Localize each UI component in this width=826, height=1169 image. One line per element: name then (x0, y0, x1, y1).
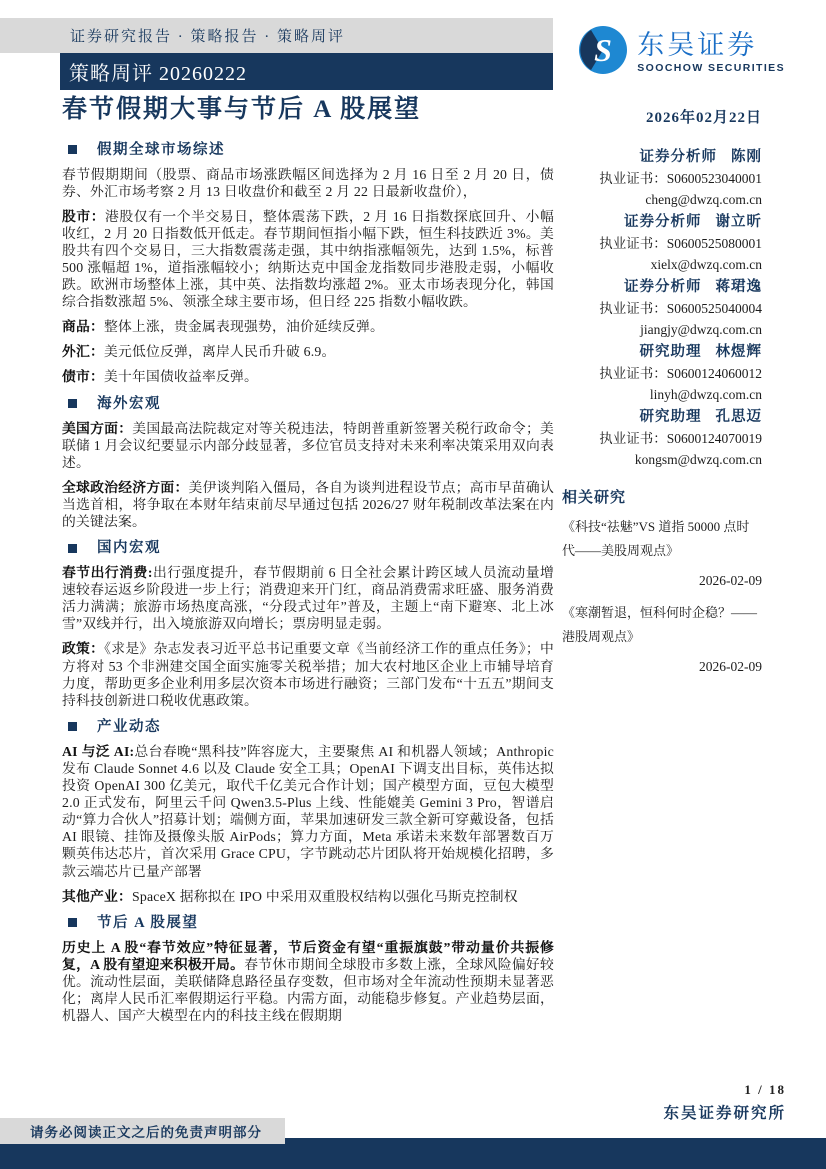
paragraph: 外汇：美元低位反弹，离岸人民币升破 6.9。 (62, 343, 554, 360)
paragraph-label: 春节出行消费: (62, 565, 153, 580)
paragraph-text: 港股仅有一个半交易日，整体震荡下跌，2 月 16 日指数探底回升、小幅收红，2 … (62, 209, 554, 309)
analyst-role: 证券分析师 (624, 279, 702, 295)
paragraph: AI 与泛 AI:总台春晚“黑科技”阵容庞大，主要聚焦 AI 和机器人领域；An… (62, 743, 554, 880)
section-heading: 海外宏观 (62, 395, 554, 413)
related-item-title: 《寒潮暂退，恒科何时企稳？——港股周观点》 (562, 601, 762, 649)
section-title: 国内宏观 (97, 539, 161, 557)
paragraph: 美国方面：美国最高法院裁定对等关税违法，特朗普重新签署关税行政命令；美联储 1 … (62, 420, 554, 471)
analyst-name: 谢立昕 (716, 214, 763, 230)
paragraph-label: 政策： (62, 641, 104, 656)
analyst-role-name: 证券分析师蒋珺逸 (562, 277, 762, 298)
paragraph: 全球政治经济方面：美伊谈判陷入僵局，各自为谈判进程设节点；高市早苗确认当选首相，… (62, 479, 554, 530)
analyst-role-name: 研究助理林煜辉 (562, 342, 762, 363)
analyst-role: 研究助理 (640, 409, 702, 425)
analyst-block: 研究助理孔思迈 执业证书：S0600124070019 kongsm@dwzq.… (562, 407, 762, 470)
paragraph-label: 美国方面： (62, 421, 132, 436)
section-title: 海外宏观 (97, 395, 161, 413)
analyst-cert: 执业证书：S0600525040004 (562, 298, 762, 319)
analyst-cert: 执业证书：S0600523040001 (562, 168, 762, 189)
bullet-square-icon (68, 544, 77, 553)
paragraph-text: 美十年国债收益率反弹。 (104, 369, 258, 384)
analyst-email: jiangjy@dwzq.com.cn (562, 319, 762, 340)
paragraph: 债市：美十年国债收益率反弹。 (62, 368, 554, 385)
analyst-cert: 执业证书：S0600124060012 (562, 363, 762, 384)
paragraph-label: AI 与泛 AI: (62, 744, 134, 759)
section-a-share-outlook: 节后 A 股展望 历史上 A 股“春节效应”特征显著，节后资金有望“重振旗鼓”带… (62, 914, 554, 1024)
paragraph: 其他产业：SpaceX 据称拟在 IPO 中采用双重股权结构以强化马斯克控制权 (62, 888, 554, 905)
section-heading: 产业动态 (62, 718, 554, 736)
analyst-email: xielx@dwzq.com.cn (562, 254, 762, 275)
analyst-email: kongsm@dwzq.com.cn (562, 449, 762, 470)
paragraph: 春节出行消费:出行强度提升，春节假期前 6 日全社会累计跨区域人员流动量增速较春… (62, 564, 554, 632)
page-number: 1 / 18 (744, 1082, 786, 1098)
section-heading: 节后 A 股展望 (62, 914, 554, 932)
paragraph-text: 春节假期期间（股票、商品市场涨跌幅区间选择为 2 月 16 日至 2 月 20 … (62, 167, 554, 199)
analyst-block: 研究助理林煜辉 执业证书：S0600124060012 linyh@dwzq.c… (562, 342, 762, 405)
report-date: 2026年02月22日 (562, 106, 762, 127)
cert-number: S0600525040004 (667, 301, 762, 316)
paragraph-label: 外汇： (62, 344, 104, 359)
report-page: 证券研究报告 · 策略报告 · 策略周评 策略周评 20260222 S 东吴证… (0, 0, 826, 1169)
analyst-role-name: 证券分析师谢立昕 (562, 212, 762, 233)
bullet-square-icon (68, 145, 77, 154)
paragraph: 商品：整体上涨，贵金属表现强势，油价延续反弹。 (62, 318, 554, 335)
paragraph-text: 美国最高法院裁定对等关税违法，特朗普重新签署关税行政命令；美联储 1 月会议纪要… (62, 421, 554, 470)
analyst-role: 证券分析师 (624, 214, 702, 230)
section-title: 产业动态 (97, 718, 161, 736)
analyst-cert: 执业证书：S0600525080001 (562, 233, 762, 254)
report-category-bar: 证券研究报告 · 策略报告 · 策略周评 (0, 18, 553, 53)
related-item: 《寒潮暂退，恒科何时企稳？——港股周观点》 2026-02-09 (562, 601, 762, 679)
svg-text:S: S (594, 32, 612, 68)
bullet-square-icon (68, 399, 77, 408)
related-research: 相关研究 《科技“祛魅”VS 道指 50000 点时代——美股周观点》 2026… (562, 486, 762, 679)
paragraph-label: 其他产业： (62, 889, 132, 904)
analyst-email: linyh@dwzq.com.cn (562, 384, 762, 405)
paragraph: 政策：《求是》杂志发表习近平总书记重要文章《当前经济工作的重点任务》；中方将对 … (62, 640, 554, 708)
analyst-cert: 执业证书：S0600124070019 (562, 428, 762, 449)
analyst-block: 证券分析师蒋珺逸 执业证书：S0600525040004 jiangjy@dwz… (562, 277, 762, 340)
related-item-date: 2026-02-09 (562, 655, 762, 679)
sidebar: 2026年02月22日 证券分析师陈刚 执业证书：S0600523040001 … (562, 106, 798, 687)
paragraph-text: 《求是》杂志发表习近平总书记重要文章《当前经济工作的重点任务》；中方将对 53 … (62, 641, 554, 707)
section-domestic-macro: 国内宏观 春节出行消费:出行强度提升，春节假期前 6 日全社会累计跨区域人员流动… (62, 539, 554, 709)
paragraph-text: 整体上涨，贵金属表现强势，油价延续反弹。 (104, 319, 384, 334)
analyst-role-name: 证券分析师陈刚 (562, 147, 762, 168)
logo-english-name: SOOCHOW SECURITIES (637, 63, 785, 74)
report-banner: 策略周评 20260222 (60, 53, 553, 90)
main-column: 春节假期大事与节后 A 股展望 假期全球市场综述 春节假期期间（股票、商品市场涨… (62, 94, 554, 1032)
section-overseas-macro: 海外宏观 美国方面：美国最高法院裁定对等关税违法，特朗普重新签署关税行政命令；美… (62, 395, 554, 531)
analyst-role: 研究助理 (640, 344, 702, 360)
section-industry-news: 产业动态 AI 与泛 AI:总台春晚“黑科技”阵容庞大，主要聚焦 AI 和机器人… (62, 718, 554, 905)
analyst-name: 孔思迈 (716, 409, 763, 425)
paragraph-text: 美元低位反弹，离岸人民币升破 6.9。 (104, 344, 335, 359)
cert-label: 执业证书： (599, 431, 667, 446)
section-heading: 国内宏观 (62, 539, 554, 557)
paragraph-label: 商品： (62, 319, 104, 334)
section-market-overview: 假期全球市场综述 春节假期期间（股票、商品市场涨跌幅区间选择为 2 月 16 日… (62, 141, 554, 386)
cert-label: 执业证书： (599, 366, 667, 381)
company-logo: S 东吴证券 SOOCHOW SECURITIES (577, 24, 785, 81)
section-title: 假期全球市场综述 (97, 141, 225, 159)
paragraph: 历史上 A 股“春节效应”特征显著，节后资金有望“重振旗鼓”带动量价共振修复，A… (62, 939, 554, 1024)
paragraph-label: 债市： (62, 369, 104, 384)
section-heading: 假期全球市场综述 (62, 141, 554, 159)
analyst-name: 林煜辉 (716, 344, 763, 360)
related-research-title: 相关研究 (562, 486, 762, 507)
paragraph: 股市：港股仅有一个半交易日，整体震荡下跌，2 月 16 日指数探底回升、小幅收红… (62, 208, 554, 311)
related-item-date: 2026-02-09 (562, 569, 762, 593)
research-institute: 东吴证券研究所 (663, 1101, 786, 1123)
report-category-text: 证券研究报告 · 策略报告 · 策略周评 (70, 25, 345, 46)
soochow-logo-icon: S (577, 24, 629, 81)
logo-text-block: 东吴证券 SOOCHOW SECURITIES (637, 32, 785, 74)
cert-label: 执业证书： (599, 171, 667, 186)
cert-label: 执业证书： (599, 236, 667, 251)
bullet-square-icon (68, 918, 77, 927)
analyst-name: 陈刚 (731, 149, 762, 165)
paragraph-text: 总台春晚“黑科技”阵容庞大，主要聚焦 AI 和机器人领域；Anthropic 发… (62, 744, 554, 879)
analyst-role-name: 研究助理孔思迈 (562, 407, 762, 428)
section-title: 节后 A 股展望 (97, 914, 198, 932)
paragraph: 春节假期期间（股票、商品市场涨跌幅区间选择为 2 月 16 日至 2 月 20 … (62, 166, 554, 200)
report-banner-text: 策略周评 20260222 (69, 57, 247, 86)
paragraph-text: SpaceX 据称拟在 IPO 中采用双重股权结构以强化马斯克控制权 (132, 889, 518, 904)
analyst-name: 蒋珺逸 (716, 279, 763, 295)
related-item-title: 《科技“祛魅”VS 道指 50000 点时代——美股周观点》 (562, 515, 762, 563)
cert-label: 执业证书： (599, 301, 667, 316)
disclaimer-note: 请务必阅读正文之后的免责声明部分 (0, 1118, 285, 1144)
bullet-square-icon (68, 722, 77, 731)
analyst-email: cheng@dwzq.com.cn (562, 189, 762, 210)
cert-number: S0600124070019 (667, 431, 762, 446)
page-title: 春节假期大事与节后 A 股展望 (62, 94, 554, 127)
paragraph-label: 全球政治经济方面： (62, 480, 189, 495)
related-item: 《科技“祛魅”VS 道指 50000 点时代——美股周观点》 2026-02-0… (562, 515, 762, 593)
cert-number: S0600523040001 (667, 171, 762, 186)
logo-chinese-name: 东吴证券 (637, 32, 785, 59)
paragraph-label: 股市： (62, 209, 105, 224)
cert-number: S0600124060012 (667, 366, 762, 381)
analyst-role: 证券分析师 (640, 149, 718, 165)
cert-number: S0600525080001 (667, 236, 762, 251)
analyst-block: 证券分析师陈刚 执业证书：S0600523040001 cheng@dwzq.c… (562, 147, 762, 210)
analyst-block: 证券分析师谢立昕 执业证书：S0600525080001 xielx@dwzq.… (562, 212, 762, 275)
